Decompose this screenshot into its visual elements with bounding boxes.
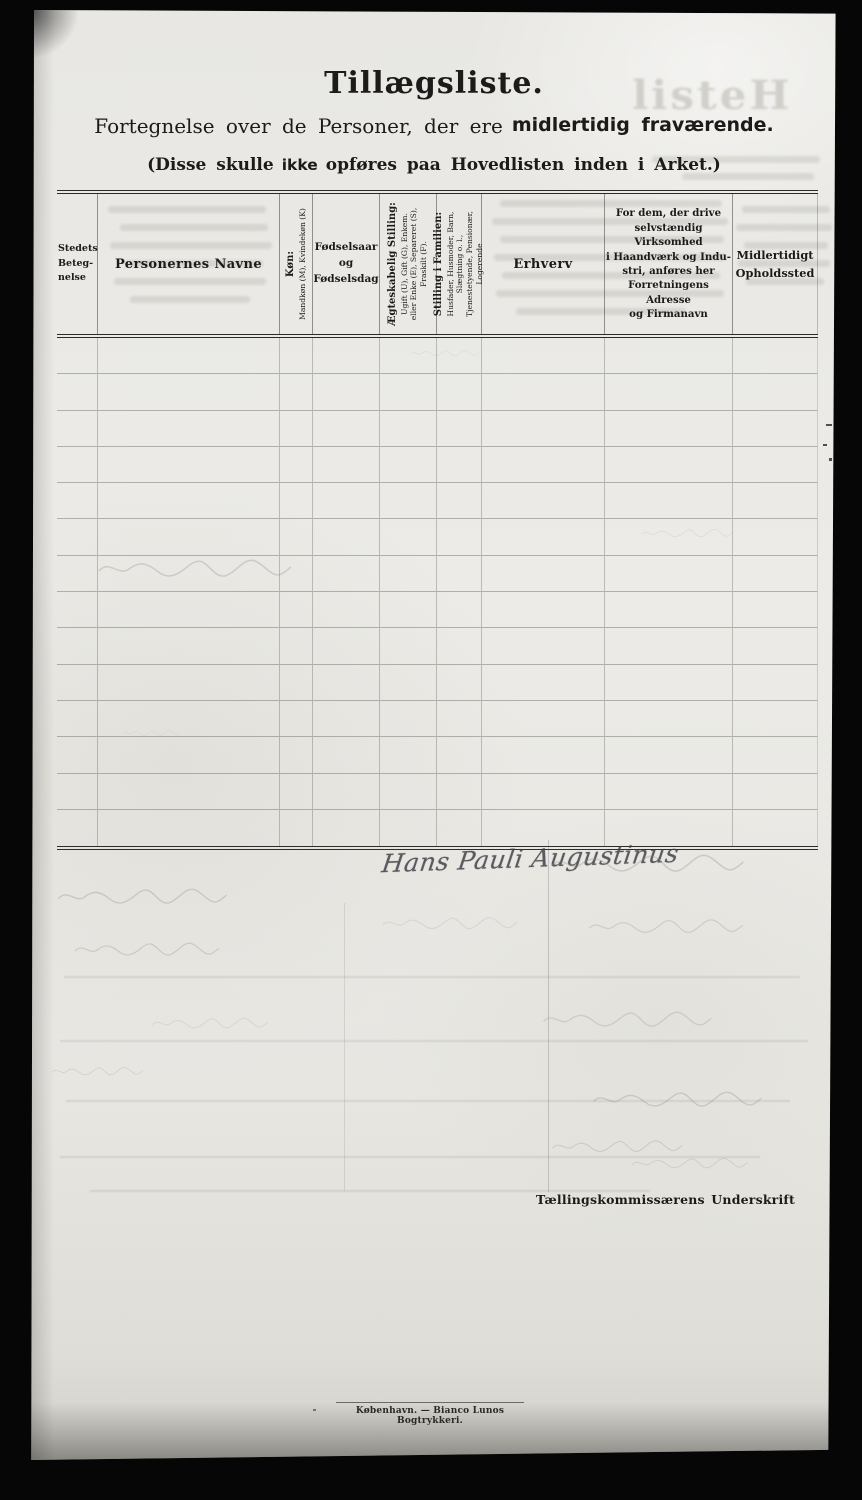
column-header-stilling-i-familien: Stilling i Familien:Husfader, Husmoder, … [437,194,482,334]
table-cell [380,374,437,410]
imprint-rule [336,1402,524,1403]
table-cell [313,374,380,410]
table-cell [313,483,380,519]
ink-speck [829,458,832,461]
table-cell [605,447,733,483]
table-cell [98,483,280,519]
table-cell [98,628,280,664]
table-cell [280,774,313,810]
table-cell [57,665,98,701]
table-cell [280,665,313,701]
table-cell [482,519,605,555]
table-cell [605,338,733,374]
table-cell [280,411,313,447]
table-cell [605,628,733,664]
column-header-koen: Køn:Mandkøn (M), Kvindekøn (K) [280,194,313,334]
table-cell [380,810,437,846]
table-cell [733,483,818,519]
table-cell [437,810,482,846]
table-cell [280,737,313,773]
table-cell [57,774,98,810]
table-cell [313,665,380,701]
table-cell [733,374,818,410]
bleedthrough-scribble [410,340,480,366]
bleedthrough-scribble [540,1006,715,1032]
ink-speck [826,424,832,426]
table-cell [733,411,818,447]
bleedthrough-scribble [630,1150,750,1176]
bleedthrough-scribble [586,913,746,939]
table-cell [57,810,98,846]
paper-sheet: listeH Tillægsliste. Fortegnelse over de… [30,10,838,1460]
table-cell [98,411,280,447]
table-cell [57,338,98,374]
table-cell [733,447,818,483]
table-cell [313,592,380,628]
table-cell [605,374,733,410]
table-header-row: Stedets Beteg- nelse Personernes Navne K… [57,194,818,338]
table-cell [98,338,280,374]
table-cell [605,556,733,592]
table-cell [733,628,818,664]
commissioner-signature-label: Tællingskommissærens Underskrift [536,1192,795,1207]
table-cell [605,774,733,810]
column-header-virksomhed-adresse: For dem, der drive selvstændig Virksomhe… [605,194,733,334]
table-cell [313,737,380,773]
printer-imprint: København. — Bianco Lunos Bogtrykkeri. [330,1406,530,1426]
table-cell [733,737,818,773]
stilling-roles: Husfader, Husmoder, Barn, Slægtning o. l… [446,211,485,317]
column-header-midlertidigt-opholdssted: Midlertidigt Opholdssted [733,194,818,334]
stilling-label: Stilling i Familien: [433,212,446,316]
table-cell [733,665,818,701]
table-cell [57,374,98,410]
table-cell [482,592,605,628]
table-cell [380,774,437,810]
bleedthrough-scribble [122,720,182,746]
table-cell [280,483,313,519]
table-cell [605,411,733,447]
table-cell [482,556,605,592]
table-cell [437,665,482,701]
table-cell [57,556,98,592]
table-cell [437,737,482,773]
table-cell [313,701,380,737]
table-cell [57,519,98,555]
table-cell [733,701,818,737]
table-cell [380,411,437,447]
ink-speck [823,444,827,446]
table-cell [437,447,482,483]
column-header-aegteskabelig-stilling: Ægteskabelig Stilling:Ugift (U), Gift (G… [380,194,437,334]
scanned-census-form: { "colors": { "background": "#060606", "… [0,0,862,1500]
table-cell [437,774,482,810]
table-cell [437,628,482,664]
table-cell [280,447,313,483]
table-cell [437,701,482,737]
note-suffix: opføres paa Hovedlisten inden i Arket.) [326,155,721,175]
table-cell [57,447,98,483]
table-cell [380,483,437,519]
note-bold: ikke [282,155,318,175]
table-cell [437,556,482,592]
table-cell [280,519,313,555]
table-cell [98,374,280,410]
table-cell [482,447,605,483]
table-cell [313,628,380,664]
table-cell [57,483,98,519]
table-cell [733,774,818,810]
table-cell [605,483,733,519]
table-cell [605,592,733,628]
table-cell [482,411,605,447]
table-cell [98,519,280,555]
koen-label: Køn: [285,251,298,277]
table-cell [57,592,98,628]
subtitle-bold: midlertidig fraværende. [512,114,774,138]
table-cell [380,628,437,664]
bleedthrough-scribble [55,883,230,909]
table-cell [380,556,437,592]
table-cell [280,701,313,737]
table-cell [437,483,482,519]
table-cell [57,701,98,737]
table-cell [380,701,437,737]
bleedthrough-scribble [380,910,520,936]
bleedthrough-scribble [640,520,735,546]
table-cell [313,556,380,592]
table-cell [482,483,605,519]
bleedthrough-scribble [150,1010,270,1036]
koen-codes: Mandkøn (M), Kvindekøn (K) [297,208,307,320]
aegteskabelig-label: Ægteskabelig Stilling: [387,202,400,326]
column-header-erhverv: Erhverv [482,194,605,334]
table-cell [605,665,733,701]
table-cell [437,411,482,447]
table-cell [280,810,313,846]
bleedthrough-scribble [530,850,765,876]
table-cell [280,592,313,628]
table-cell [313,519,380,555]
page-title: Tillægsliste. [30,66,838,101]
table-cell [380,737,437,773]
table-cell [482,338,605,374]
table-cell [313,774,380,810]
table-cell [733,810,818,846]
table-cell [98,665,280,701]
table-cell [57,737,98,773]
table-cell [482,701,605,737]
table-cell [380,519,437,555]
table-cell [98,810,280,846]
table-cell [605,701,733,737]
aegteskabelig-codes: Ugift (U), Gift (G), Enkem. eller Enke (… [399,208,429,320]
note-prefix: (Disse skulle [147,155,274,175]
table-cell [313,447,380,483]
table-cell [733,556,818,592]
table-cell [280,338,313,374]
table-cell [313,810,380,846]
table-cell [280,628,313,664]
column-header-stedets-betegnelse: Stedets Beteg- nelse [57,194,98,334]
table-cell [98,774,280,810]
column-header-personernes-navne: Personernes Navne [98,194,280,334]
column-header-foedselsaar: Fødselsaar og Fødselsdag [313,194,380,334]
table-body [57,338,818,850]
page-note: (Disse skulleikkeopføres paa Hovedlisten… [30,155,838,175]
table-cell [57,628,98,664]
table-cell [605,737,733,773]
table-cell [437,374,482,410]
table-cell [482,628,605,664]
table-cell [437,592,482,628]
table-cell [313,411,380,447]
table-cell [482,665,605,701]
table-cell [313,338,380,374]
table-cell [733,519,818,555]
table-cell [482,774,605,810]
table-cell [98,592,280,628]
table-cell [380,665,437,701]
table-cell [437,519,482,555]
table-cell [733,338,818,374]
table-cell [280,374,313,410]
bleedthrough-scribble [590,1086,765,1112]
bleedthrough-scribble [72,936,222,962]
table-cell [57,411,98,447]
table-cell [380,447,437,483]
table-cell [733,592,818,628]
subtitle-prefix: Fortegnelse over de Personer, der ere [94,114,503,138]
table-cell [482,374,605,410]
table-cell [380,592,437,628]
table-cell [482,810,605,846]
bleedthrough-scribble [50,1058,145,1084]
imprint-dot [313,1409,316,1411]
bleedthrough-scribble [95,555,295,581]
page-subtitle: Fortegnelse over de Personer, der eremid… [30,114,838,138]
table-cell [482,737,605,773]
table-cell [98,447,280,483]
